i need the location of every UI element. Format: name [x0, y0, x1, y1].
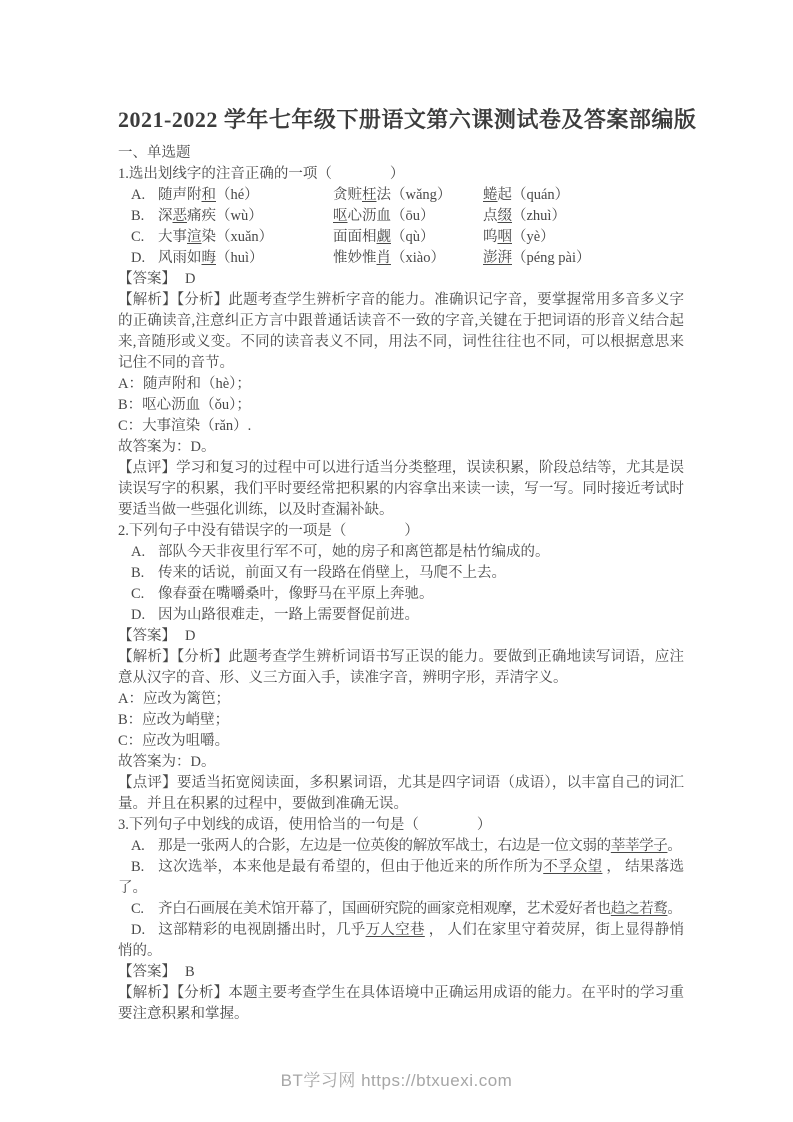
underlined-text: 肖 — [377, 250, 392, 266]
option-phrase: 点缀（zhuì） — [483, 206, 684, 227]
underlined-text: 渲 — [187, 229, 202, 245]
text-segment: （xiào） — [391, 250, 445, 266]
q1-answer-line: 【答案】D — [118, 269, 684, 290]
text-segment: （péng pài） — [512, 250, 591, 266]
option-phrase: 深恶痛疾（wù） — [158, 206, 333, 227]
option-text: 因为山路很难走，一路上需要督促前进。 — [158, 607, 419, 623]
q3-answer-line: 【答案】B — [118, 962, 684, 983]
underlined-text: 澎湃 — [483, 250, 512, 266]
q1-option-d: D. 风雨如晦（huì） 惟妙惟肖（xiào） 澎湃（péng pài） — [118, 248, 684, 269]
option-text: 这次选举，本来他是最有希望的，但由于他近来的所作所为不孚众望 ， 结果落选了。 — [118, 859, 684, 896]
option-phrase: 风雨如晦（huì） — [158, 248, 333, 269]
q3-analysis: 【解析】【分析】本题主要考查学生在具体语境中正确运用成语的能力。在平时的学习重要… — [118, 983, 684, 1025]
option-text: 像春蚕在嘴嚼桑叶，像野马在平原上奔驰。 — [158, 586, 434, 602]
option-label: D. — [131, 920, 158, 941]
page-title: 2021-2022 学年七年级下册语文第六课测试卷及答案部编版 — [118, 103, 684, 134]
option-label: B. — [131, 206, 158, 227]
option-label: B. — [131, 563, 158, 584]
q2-option-a: A.部队今天非夜里行军不可，她的房子和离笆都是枯竹编成的。 — [118, 542, 684, 563]
q2-prompt: 2.下列句子中没有错误字的一项是（ ） — [118, 521, 684, 542]
answer-value: D — [185, 628, 195, 644]
option-phrase: 澎湃（péng pài） — [483, 248, 684, 269]
option-label: B. — [131, 857, 158, 878]
document-page: 2021-2022 学年七年级下册语文第六课测试卷及答案部编版 一、单选题 1.… — [0, 0, 793, 1122]
analysis-label: 【解析】【分析】 — [118, 292, 228, 308]
text-segment: 这部精彩的电视剧播出时，几乎 — [158, 922, 366, 938]
option-phrase: 贪赃枉法（wǎng） — [333, 185, 483, 206]
option-text: 那是一张两人的合影，左边是一位英俊的解放军战士，右边是一位文弱的莘莘学子。 — [158, 838, 682, 854]
q2-correction-a: A：应改为篱笆； — [118, 689, 684, 710]
text-segment: （hé） — [216, 187, 259, 203]
underlined-text: 晦 — [202, 250, 217, 266]
q1-correction-a: A：随声附和（hè）； — [118, 374, 684, 395]
option-label: D. — [131, 248, 158, 269]
text-segment: 那是一张两人的合影，左边是一位英俊的解放军战士，右边是一位文弱的 — [158, 838, 611, 854]
option-label: A. — [131, 542, 158, 563]
underlined-text: 呕 — [333, 208, 348, 224]
q3-option-a: A.那是一张两人的合影，左边是一位英俊的解放军战士，右边是一位文弱的莘莘学子。 — [118, 836, 684, 857]
analysis-label: 【解析】【分析】 — [118, 985, 228, 1001]
option-text: 传来的话说，前面又有一段路在俏壁上，马爬不上去。 — [158, 565, 506, 581]
q3-option-d: D.这部精彩的电视剧播出时，几乎万人空巷 ， 人们在家里守着荧屏，街上显得静悄悄… — [118, 920, 684, 962]
q2-analysis: 【解析】【分析】此题考查学生辨析词语书写正误的能力。要做到正确地读写词语，应注意… — [118, 647, 684, 689]
q2-conclusion: 故答案为：D。 — [118, 752, 684, 773]
option-text: 这部精彩的电视剧播出时，几乎万人空巷 ， 人们在家里守着荧屏，街上显得静悄悄的。 — [118, 922, 684, 959]
text-segment: 这次选举，本来他是最有希望的，但由于他近来的所作所为 — [158, 859, 543, 875]
underlined-text: 觑 — [377, 229, 392, 245]
underlined-text: 枉 — [362, 187, 377, 203]
option-phrase: 大事渲染（xuǎn） — [158, 227, 333, 248]
answer-value: B — [185, 964, 195, 980]
text-segment: 深 — [158, 208, 173, 224]
watermark-footer: BT学习网 https://btxuexi.com — [0, 1066, 793, 1091]
option-phrase: 惟妙惟肖（xiào） — [333, 248, 483, 269]
option-phrase: 呕心沥血（ōu） — [333, 206, 483, 227]
text-segment: 。 — [667, 901, 681, 917]
comment-label: 【点评】 — [118, 775, 177, 791]
q1-option-a: A. 随声附和（hé） 贪赃枉法（wǎng） 蜷起（quán） — [118, 185, 684, 206]
option-phrase: 呜咽（yè） — [483, 227, 684, 248]
underlined-text: 莘莘学子 — [611, 838, 668, 854]
q1-prompt: 1.选出划线字的注音正确的一项（ ） — [118, 164, 684, 185]
section-heading: 一、单选题 — [118, 143, 684, 164]
text-segment: 贪赃 — [333, 187, 362, 203]
underlined-text: 万人空巷 — [366, 922, 425, 938]
q1-conclusion: 故答案为：D。 — [118, 437, 684, 458]
answer-value: D — [185, 271, 195, 287]
q2-answer-line: 【答案】D — [118, 626, 684, 647]
option-label: C. — [131, 227, 158, 248]
text-segment: 法（wǎng） — [377, 187, 452, 203]
option-label: A. — [131, 185, 158, 206]
q1-option-b: B. 深恶痛疾（wù） 呕心沥血（ōu） 点缀（zhuì） — [118, 206, 684, 227]
text-segment: 心沥血（ōu） — [348, 208, 435, 224]
underlined-text: 缀 — [498, 208, 513, 224]
analysis-label: 【解析】【分析】 — [118, 649, 228, 665]
q3-option-c: C.齐白石画展在美术馆开幕了，国画研究院的画家竞相观摩，艺术爱好者也趋之若鹜。 — [118, 899, 684, 920]
answer-label: 【答案】 — [118, 271, 176, 287]
q3-option-b: B.这次选举，本来他是最有希望的，但由于他近来的所作所为不孚众望 ， 结果落选了… — [118, 857, 684, 899]
q1-correction-b: B：呕心沥血（ǒu）； — [118, 395, 684, 416]
text-segment: 点 — [483, 208, 498, 224]
text-segment: 齐白石画展在美术馆开幕了，国画研究院的画家竞相观摩，艺术爱好者也 — [158, 901, 611, 917]
q1-option-c: C. 大事渲染（xuǎn） 面面相觑（qù） 呜咽（yè） — [118, 227, 684, 248]
text-segment: 风雨如 — [158, 250, 202, 266]
q2-comment: 【点评】要适当拓宽阅读面，多积累词语，尤其是四字词语（成语），以丰富自己的词汇量… — [118, 773, 684, 815]
text-segment: 大事 — [158, 229, 187, 245]
option-label: C. — [131, 899, 158, 920]
comment-label: 【点评】 — [118, 460, 176, 476]
text-segment: （zhuì） — [512, 208, 566, 224]
underlined-text: 蜷 — [483, 187, 498, 203]
text-segment: 面面相 — [333, 229, 377, 245]
text-segment: 起（quán） — [498, 187, 570, 203]
underlined-text: 不孚众望 — [543, 859, 602, 875]
underlined-text: 和 — [202, 187, 217, 203]
text-segment: 痛疾（wù） — [187, 208, 263, 224]
option-label: D. — [131, 605, 158, 626]
q2-option-d: D.因为山路很难走，一路上需要督促前进。 — [118, 605, 684, 626]
q1-correction-c: C：大事渲染（rǎn）. — [118, 416, 684, 437]
text-segment: 随声附 — [158, 187, 202, 203]
q3-prompt: 3.下列句子中划线的成语，使用恰当的一句是（ ） — [118, 815, 684, 836]
text-segment: 呜 — [483, 229, 498, 245]
option-text: 部队今天非夜里行军不可，她的房子和离笆都是枯竹编成的。 — [158, 544, 550, 560]
underlined-text: 趋之若鹜 — [611, 901, 668, 917]
text-segment: （yè） — [512, 229, 555, 245]
q2-correction-b: B：应改为峭壁； — [118, 710, 684, 731]
text-segment: 惟妙惟 — [333, 250, 377, 266]
q1-comment: 【点评】学习和复习的过程中可以进行适当分类整理，误读积累，阶段总结等，尤其是误读… — [118, 458, 684, 521]
option-phrase: 随声附和（hé） — [158, 185, 333, 206]
q1-analysis: 【解析】【分析】此题考查学生辨析字音的能力。准确识记字音，要掌握常用多音多义字的… — [118, 290, 684, 374]
option-phrase: 面面相觑（qù） — [333, 227, 483, 248]
answer-label: 【答案】 — [118, 628, 176, 644]
text-segment: 。 — [667, 838, 681, 854]
option-text: 齐白石画展在美术馆开幕了，国画研究院的画家竞相观摩，艺术爱好者也趋之若鹜。 — [158, 901, 682, 917]
option-label: C. — [131, 584, 158, 605]
comment-text: 要适当拓宽阅读面，多积累词语，尤其是四字词语（成语），以丰富自己的词汇量。并且在… — [118, 775, 684, 812]
text-segment: 染（xuǎn） — [202, 229, 274, 245]
q2-option-b: B.传来的话说，前面又有一段路在俏壁上，马爬不上去。 — [118, 563, 684, 584]
q2-option-c: C.像春蚕在嘴嚼桑叶，像野马在平原上奔驰。 — [118, 584, 684, 605]
underlined-text: 恶 — [173, 208, 188, 224]
option-label: A. — [131, 836, 158, 857]
answer-label: 【答案】 — [118, 964, 176, 980]
q2-correction-c: C：应改为咀嚼。 — [118, 731, 684, 752]
document-content: 2021-2022 学年七年级下册语文第六课测试卷及答案部编版 一、单选题 1.… — [118, 103, 684, 1025]
underlined-text: 咽 — [498, 229, 513, 245]
text-segment: （huì） — [216, 250, 264, 266]
comment-text: 学习和复习的过程中可以进行适当分类整理，误读积累，阶段总结等，尤其是误读误写字的… — [118, 460, 684, 518]
option-phrase: 蜷起（quán） — [483, 185, 684, 206]
text-segment: （qù） — [391, 229, 435, 245]
